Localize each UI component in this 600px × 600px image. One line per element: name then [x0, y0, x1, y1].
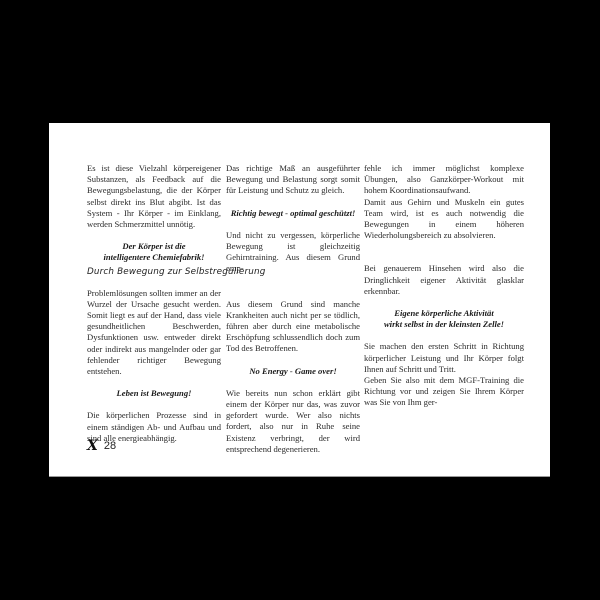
pull-quote: Richtig bewegt - optimal geschützt! [226, 208, 360, 219]
pull-quote-line: wirkt selbst in der kleinsten Zelle! [384, 319, 504, 329]
pull-quote: Leben ist Bewegung! [87, 388, 221, 399]
page-number: 28 [104, 440, 116, 452]
pull-quote: No Energy - Game over! [226, 366, 360, 377]
paragraph: Aus diesem Grund sind manche Krankheiten… [226, 299, 360, 355]
paragraph: Sie machen den ersten Schritt in Richtun… [364, 341, 524, 375]
pull-quote-line: intelligentere Chemiefabrik! [104, 252, 205, 262]
text-column-3: fehle ich immer möglichst komplexe Übung… [364, 163, 524, 409]
x-logo-icon: X [87, 439, 98, 453]
paragraph: fehle ich immer möglichst komplexe Übung… [364, 163, 524, 197]
paragraph: Es ist diese Vielzahl körpereigener Subs… [87, 163, 221, 230]
pull-quote: Der Körper ist die intelligentere Chemie… [87, 241, 221, 263]
paragraph: Wie bereits nun schon erklärt gibt einem… [226, 388, 360, 455]
text-column-1: Es ist diese Vielzahl körpereigener Subs… [87, 163, 221, 444]
pull-quote-line: Eigene körperliche Aktivität [394, 308, 493, 318]
book-page: Es ist diese Vielzahl körpereigener Subs… [49, 123, 550, 476]
pull-quote-line: Der Körper ist die [122, 241, 185, 251]
paragraph: Das richtige Maß an ausgeführter Bewegun… [226, 163, 360, 197]
paragraph: Geben Sie also mit dem MGF-Training die … [364, 375, 524, 409]
paragraph: Bei genauerem Hinsehen wird also die Dri… [364, 263, 524, 297]
text-column-2: Das richtige Maß an ausgeführter Bewegun… [226, 163, 360, 455]
pull-quote: Eigene körperliche Aktivität wirkt selbs… [364, 308, 524, 330]
page-footer: X 28 [87, 439, 116, 453]
paragraph: Problemlösungen sollten immer an der Wur… [87, 288, 221, 378]
paragraph: Und nicht zu vergessen, körperliche Bewe… [226, 230, 360, 275]
paragraph: Damit aus Gehirn und Muskeln ein gutes T… [364, 197, 524, 242]
